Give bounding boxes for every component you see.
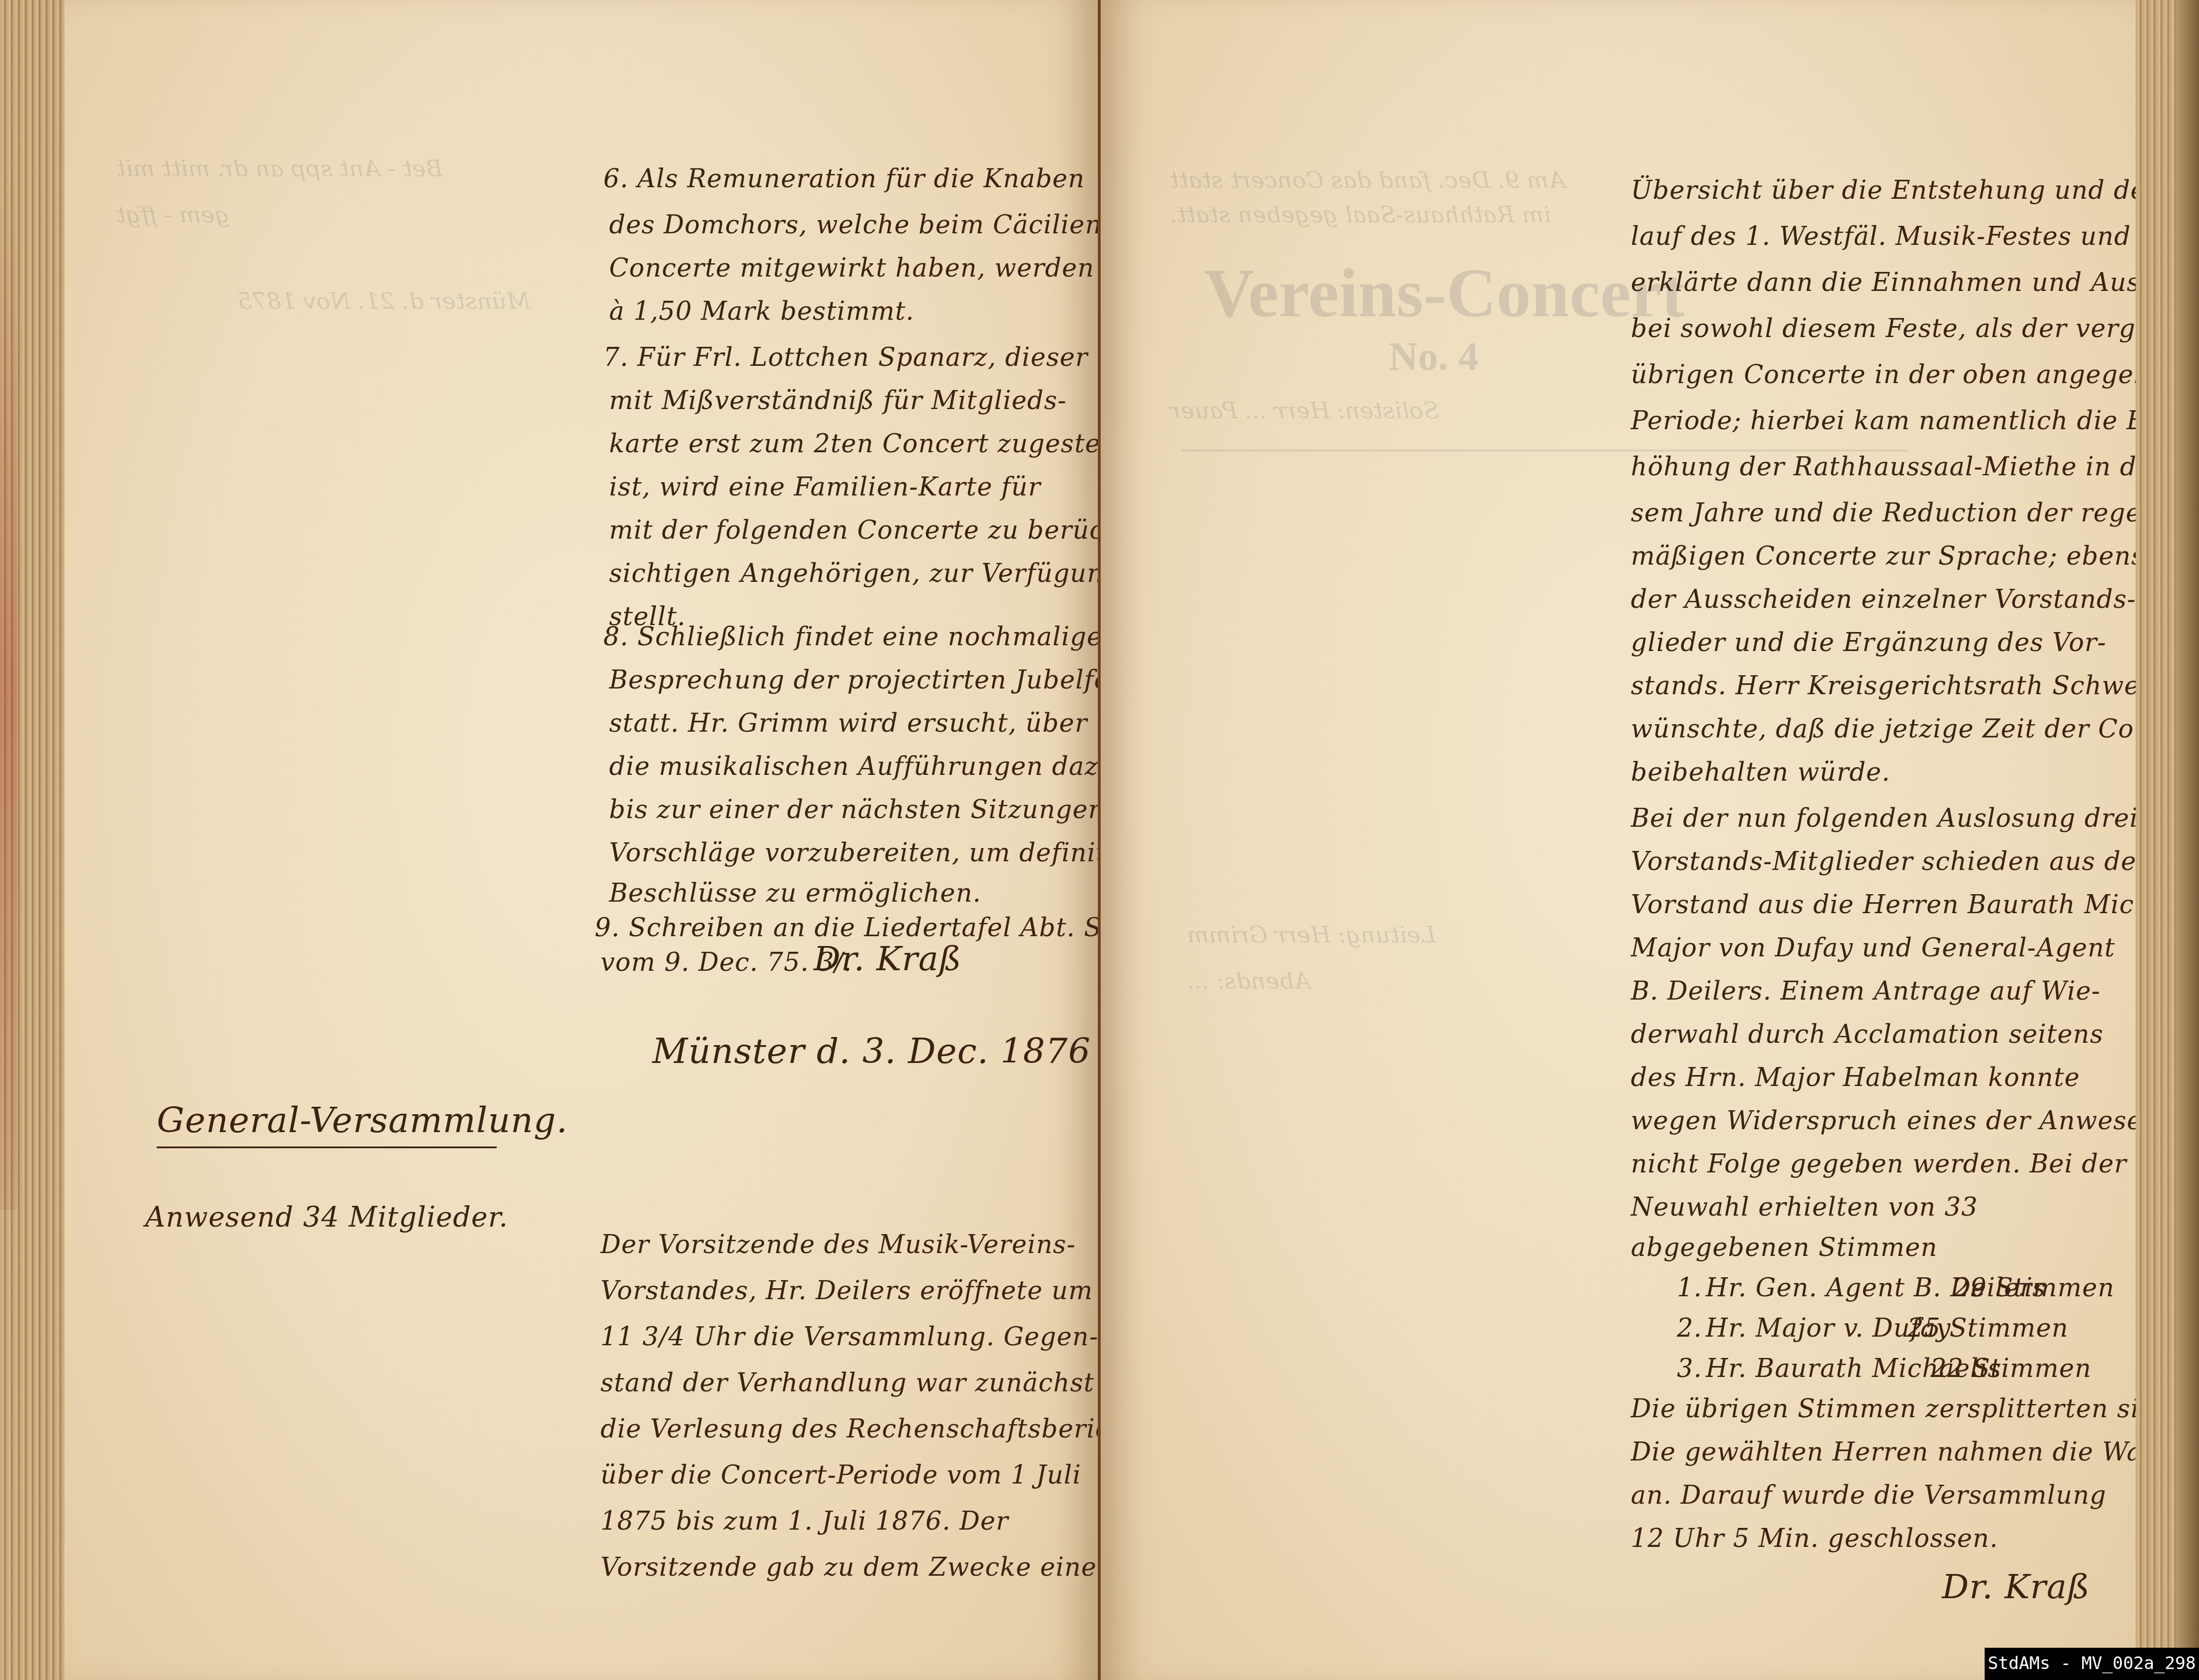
minutes-line: die Verlesung des Rechenschaftsberichts xyxy=(600,1414,1151,1444)
show-through-line: Münster d. 21. Nov 1875 xyxy=(237,288,530,315)
minutes-line: Periode; hierbei kam namentlich die Er- xyxy=(1631,406,2167,436)
closing-line: Die übrigen Stimmen zersplitterten sich. xyxy=(1631,1394,2179,1424)
show-through-line: im Rathhaus-Saal gegeben statt. xyxy=(1170,202,1551,228)
signature: Dr. Kraß xyxy=(1942,1567,2090,1606)
minutes-line: abgegebenen Stimmen xyxy=(1631,1233,1937,1262)
minutes-line: der Ausscheiden einzelner Vorstands-Mit- xyxy=(1631,585,2192,614)
minutes-line: wegen Widerspruch eines der Anwesenden xyxy=(1631,1106,2199,1136)
place-date-heading: Münster d. 3. Dec. 1876 xyxy=(652,1031,1091,1072)
minutes-line: Vorstands-Mitglieder schieden aus dem xyxy=(1631,847,2161,876)
item-8-line: statt. Hr. Grimm wird ersucht, über xyxy=(609,709,1087,738)
signature: Dr. Kraß xyxy=(814,939,962,978)
show-through-line: Bet - Ant spp an dr. mitt mit xyxy=(116,156,443,182)
item-7-line: mit der folgenden Concerte zu berück- xyxy=(609,516,1129,545)
left-page-edges xyxy=(0,0,65,1680)
minutes-line: Übersicht über die Entstehung und den Ve… xyxy=(1631,176,2199,205)
election-votes: 22 Stimmen xyxy=(1930,1354,2092,1383)
election-votes: 25 Stimmen xyxy=(1907,1314,2069,1343)
election-rank: 1. xyxy=(1677,1273,1702,1303)
minutes-line: über die Concert-Periode vom 1 Juli xyxy=(600,1460,1081,1490)
minutes-line: Der Vorsitzende des Musik-Vereins- xyxy=(600,1230,1076,1259)
minutes-line: nicht Folge gegeben werden. Bei der xyxy=(1631,1149,2127,1179)
item-8-line: die musikalischen Aufführungen dazu xyxy=(609,752,1115,781)
item-6-line: Concerte mitgewirkt haben, werden xyxy=(609,253,1094,283)
item-8-line: Beschlüsse zu ermöglichen. xyxy=(609,879,981,908)
minutes-line: B. Deilers. Einem Antrage auf Wie- xyxy=(1631,977,2100,1006)
archive-caption: StdAMs - MV_002a_298 xyxy=(1985,1648,2199,1680)
show-through-rule xyxy=(1181,449,1907,452)
minutes-line: glieder und die Ergänzung des Vor- xyxy=(1631,628,2106,657)
election-rank: 3. xyxy=(1677,1354,1702,1383)
minutes-line: Vorstand aus die Herren Baurath Michaeli… xyxy=(1631,890,2199,920)
minutes-line: bei sowohl diesem Feste, als der vergebe… xyxy=(1631,314,2199,343)
minutes-line: höhung der Rathhaussaal-Miethe in die, xyxy=(1631,452,2170,482)
minutes-line: stand der Verhandlung war zunächst xyxy=(600,1368,1094,1398)
minutes-line: Vorsitzende gab zu dem Zwecke eine xyxy=(600,1553,1097,1582)
show-through-line: Leitung: Herr Grimm xyxy=(1187,922,1436,948)
minutes-line: derwahl durch Acclamation seitens xyxy=(1631,1020,2103,1049)
show-through-title: Vereins-Concert xyxy=(1204,253,1684,333)
closing-line: an. Darauf wurde die Versammlung xyxy=(1631,1481,2106,1510)
minutes-line: lauf des 1. Westfäl. Musik-Festes und xyxy=(1631,222,2131,251)
closing-line: Die gewählten Herren nahmen die Wahl xyxy=(1631,1437,2168,1467)
minutes-line: stands. Herr Kreisgerichtsrath Schwellin… xyxy=(1631,671,2199,701)
minutes-line: wünschte, daß die jetzige Zeit der Conce… xyxy=(1631,714,2199,744)
minutes-line: sem Jahre und die Reduction der regel- xyxy=(1631,498,2159,528)
minutes-line: Vorstandes, Hr. Deilers eröffnete um xyxy=(600,1276,1093,1306)
item-7-line: karte erst zum 2ten Concert zugestellt xyxy=(609,429,1129,459)
minutes-line: 11 3/4 Uhr die Versammlung. Gegen- xyxy=(600,1322,1098,1352)
minutes-line: Bei der nun folgenden Auslosung dreier xyxy=(1631,804,2167,833)
show-through-line: Am 9. Dec. fand das Concert statt xyxy=(1170,167,1565,194)
election-rank: 2. xyxy=(1677,1314,1702,1343)
attendance: Anwesend 34 Mitglieder. xyxy=(145,1201,508,1233)
minutes-line: 1875 bis zum 1. Juli 1876. Der xyxy=(600,1507,1008,1536)
right-page-edges xyxy=(2136,0,2199,1680)
item-7-line: ist, wird eine Familien-Karte für xyxy=(609,472,1041,502)
show-through-line: Solisten: Herr ... Pauer xyxy=(1170,398,1439,424)
section-title: General-Versammlung. xyxy=(157,1100,497,1148)
left-page: Bet - Ant spp an dr. mitt mit gem - ffgt… xyxy=(65,0,1099,1680)
show-through-number: No. 4 xyxy=(1389,334,1479,380)
item-8-line: bis zur einer der nächsten Sitzungen xyxy=(609,795,1105,824)
item-7-line: mit Mißverständniß für Mitglieds- xyxy=(609,386,1067,415)
minutes-line: Neuwahl erhielten von 33 xyxy=(1631,1193,1978,1222)
item-9-line: 9. Schreiben an die Liedertafel Abt. Sit… xyxy=(595,913,1152,943)
election-votes: 29 Stimmen xyxy=(1954,1273,2115,1303)
item-7-line: 7. Für Frl. Lottchen Spanarz, dieser xyxy=(603,343,1088,372)
item-8-line: Vorschläge vorzubereiten, um definitive xyxy=(609,838,1146,868)
item-6-line: 6. Als Remuneration für die Knaben xyxy=(603,164,1085,194)
minutes-line: Major von Dufay und General-Agent xyxy=(1631,933,2115,963)
closing-line: 12 Uhr 5 Min. geschlossen. xyxy=(1631,1524,1998,1553)
item-8-line: 8. Schließlich findet eine nochmalige xyxy=(603,622,1102,652)
minutes-line: des Hrn. Major Habelman konnte xyxy=(1631,1063,2080,1092)
minutes-line: übrigen Concerte in der oben angegebenen xyxy=(1631,360,2199,389)
minutes-line: erklärte dann die Einnahmen und Ausgaben… xyxy=(1631,268,2199,297)
show-through-line: Abends: ... xyxy=(1187,968,1310,994)
item-7-line: sichtigen Angehörigen, zur Verfügung ge- xyxy=(609,559,1171,588)
show-through-line: gem - ffgt xyxy=(116,202,229,228)
item-6-line: à 1,50 Mark bestimmt. xyxy=(609,297,915,326)
item-8-line: Besprechung der projectirten Jubelfestes xyxy=(609,665,1163,695)
right-page: Vereins-Concert No. 4 Am 9. Dec. fand da… xyxy=(1101,0,2136,1680)
minutes-line: beibehalten würde. xyxy=(1631,758,1890,787)
minutes-line: mäßigen Concerte zur Sprache; ebenso xyxy=(1631,542,2160,571)
open-book-spread: Bet - Ant spp an dr. mitt mit gem - ffgt… xyxy=(0,0,2199,1680)
item-6-line: des Domchors, welche beim Cäcilien- xyxy=(609,210,1111,240)
